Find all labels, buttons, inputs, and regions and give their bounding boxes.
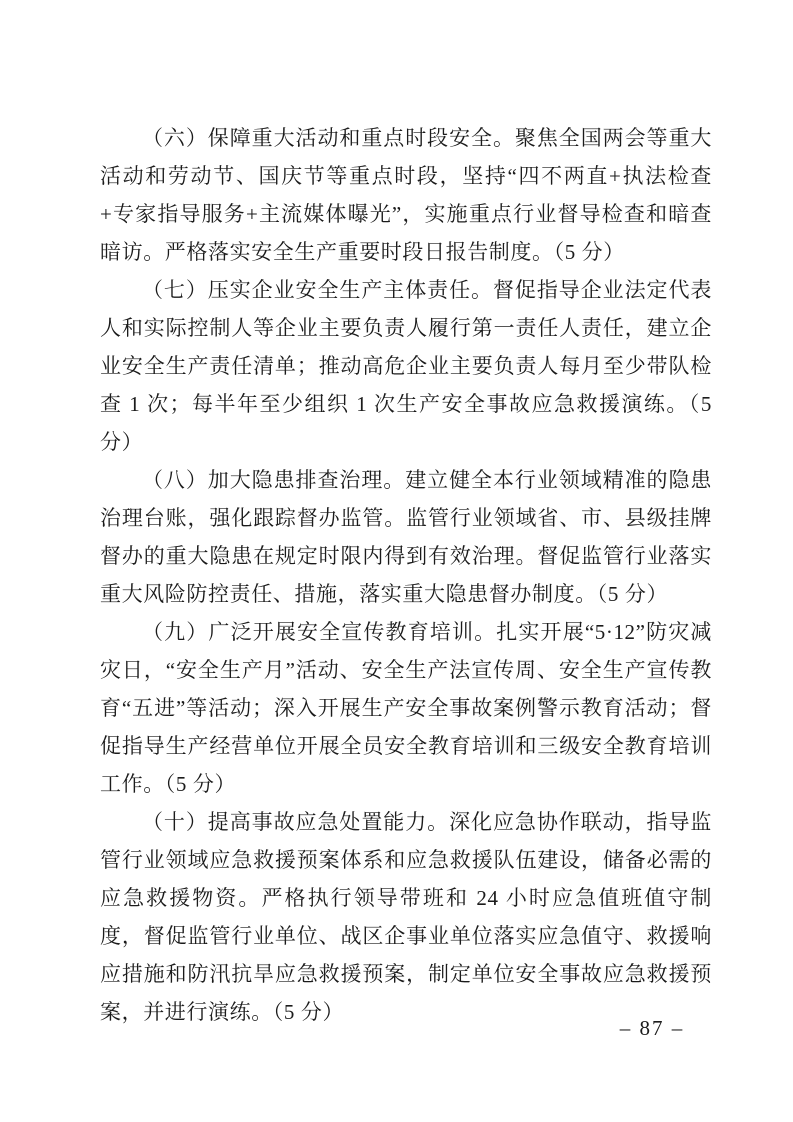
paragraph-item-7: （七）压实企业安全生产主体责任。督促指导企业法定代表人和实际控制人等企业主要负责… (100, 271, 712, 461)
paragraph-heading: （八）加大隐患排查治理。 (142, 468, 405, 492)
paragraph-heading: （十）提高事故应急处置能力。 (142, 810, 449, 834)
paragraph-heading: （九）广泛开展安全宣传教育培训。 (142, 620, 496, 644)
paragraph-item-10: （十）提高事故应急处置能力。深化应急协作联动，指导监管行业领域应急救援预案体系和… (100, 803, 712, 1031)
paragraph-item-9: （九）广泛开展安全宣传教育培训。扎实开展“5·12”防灾减灾日，“安全生产月”活… (100, 613, 712, 803)
document-page: （六）保障重大活动和重点时段安全。聚焦全国两会等重大活动和劳动节、国庆节等重点时… (0, 0, 793, 1122)
page-number: – 87 – (596, 1016, 708, 1041)
paragraph-item-8: （八）加大隐患排查治理。建立健全本行业领域精准的隐患治理台账，强化跟踪督办监管。… (100, 461, 712, 613)
paragraph-body: 督促指导企业法定代表人和实际控制人等企业主要负责人履行第一责任人责任，建立企业安… (100, 278, 712, 454)
document-body: （六）保障重大活动和重点时段安全。聚焦全国两会等重大活动和劳动节、国庆节等重点时… (100, 119, 712, 1031)
paragraph-body: 深化应急协作联动，指导监管行业领域应急救援预案体系和应急救援队伍建设，储备必需的… (100, 810, 712, 1024)
paragraph-item-6: （六）保障重大活动和重点时段安全。聚焦全国两会等重大活动和劳动节、国庆节等重点时… (100, 119, 712, 271)
paragraph-heading: （六）保障重大活动和重点时段安全。 (142, 126, 515, 150)
paragraph-heading: （七）压实企业安全生产主体责任。 (142, 278, 493, 302)
paragraph-body: 扎实开展“5·12”防灾减灾日，“安全生产月”活动、安全生产法宣传周、安全生产宣… (100, 620, 712, 796)
